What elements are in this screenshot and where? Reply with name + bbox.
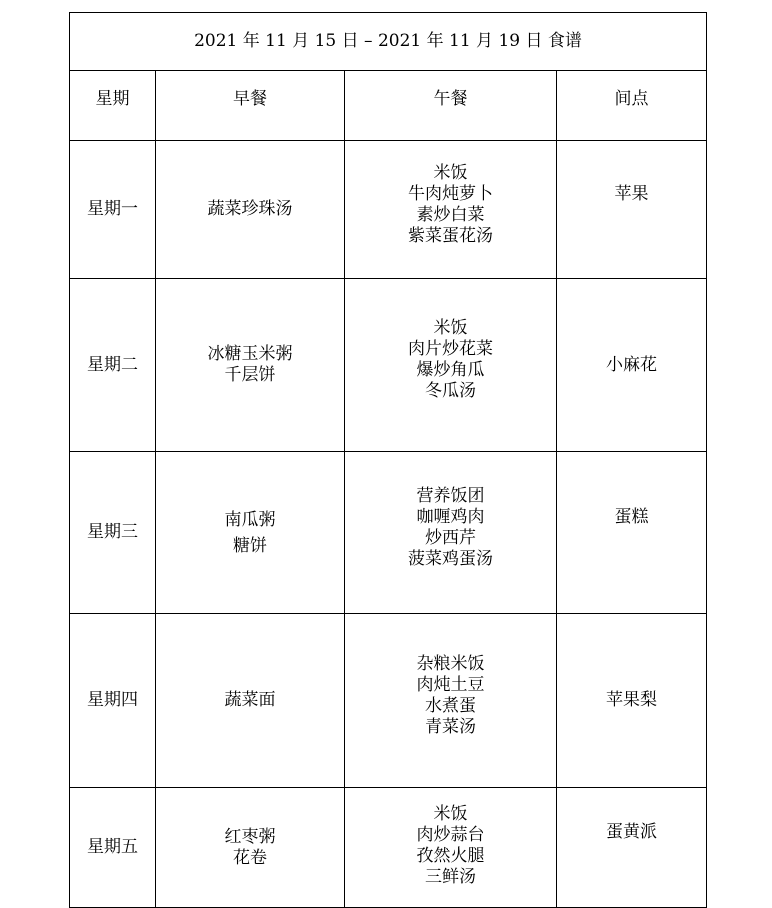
breakfast-item: 冰糖玉米粥 xyxy=(156,344,344,365)
breakfast-item: 花卷 xyxy=(156,848,344,869)
breakfast-cell: 蔬菜珍珠汤 xyxy=(156,141,345,279)
breakfast-item: 蔬菜珍珠汤 xyxy=(156,199,344,220)
lunch-cell: 米饭 牛肉炖萝卜 素炒白菜 紫菜蛋花汤 xyxy=(345,141,557,279)
lunch-item: 孜然火腿 xyxy=(345,846,556,867)
lunch-item: 咖喱鸡肉 xyxy=(345,507,556,528)
day-cell: 星期三 xyxy=(70,452,156,614)
table-row-thursday: 星期四 蔬菜面 杂粮米饭 肉炖土豆 水煮蛋 青菜汤 苹果梨 xyxy=(70,614,707,788)
breakfast-cell: 红枣粥 花卷 xyxy=(156,788,345,908)
table-title: 2021 年 11 月 15 日 – 2021 年 11 月 19 日 食谱 xyxy=(70,13,707,71)
day-cell: 星期五 xyxy=(70,788,156,908)
header-snack: 间点 xyxy=(557,71,707,141)
lunch-cell: 营养饭团 咖喱鸡肉 炒西芹 菠菜鸡蛋汤 xyxy=(345,452,557,614)
lunch-item: 素炒白菜 xyxy=(345,205,556,226)
lunch-item: 米饭 xyxy=(345,318,556,339)
lunch-item: 营养饭团 xyxy=(345,486,556,507)
table-row-tuesday: 星期二 冰糖玉米粥 千层饼 米饭 肉片炒花菜 爆炒角瓜 冬瓜汤 小麻花 xyxy=(70,279,707,452)
lunch-cell: 米饭 肉片炒花菜 爆炒角瓜 冬瓜汤 xyxy=(345,279,557,452)
snack-cell: 蛋糕 xyxy=(557,452,707,614)
lunch-item: 紫菜蛋花汤 xyxy=(345,226,556,247)
title-row: 2021 年 11 月 15 日 – 2021 年 11 月 19 日 食谱 xyxy=(70,13,707,71)
table-row-friday: 星期五 红枣粥 花卷 米饭 肉炒蒜台 孜然火腿 三鲜汤 蛋黄派 xyxy=(70,788,707,908)
breakfast-item: 蔬菜面 xyxy=(156,690,344,711)
lunch-item: 米饭 xyxy=(345,163,556,184)
header-lunch: 午餐 xyxy=(345,71,557,141)
lunch-item: 米饭 xyxy=(345,804,556,825)
lunch-item: 杂粮米饭 xyxy=(345,654,556,675)
header-day: 星期 xyxy=(70,71,156,141)
breakfast-cell: 蔬菜面 xyxy=(156,614,345,788)
breakfast-item: 红枣粥 xyxy=(156,827,344,848)
table-row-wednesday: 星期三 南瓜粥 糖饼 营养饭团 咖喱鸡肉 炒西芹 菠菜鸡蛋汤 蛋糕 xyxy=(70,452,707,614)
lunch-item: 菠菜鸡蛋汤 xyxy=(345,549,556,570)
lunch-item: 青菜汤 xyxy=(345,717,556,738)
menu-table: 2021 年 11 月 15 日 – 2021 年 11 月 19 日 食谱 星… xyxy=(69,12,707,908)
breakfast-item: 糖饼 xyxy=(156,533,344,559)
lunch-item: 牛肉炖萝卜 xyxy=(345,184,556,205)
lunch-item: 三鲜汤 xyxy=(345,867,556,888)
breakfast-item: 千层饼 xyxy=(156,365,344,386)
day-cell: 星期二 xyxy=(70,279,156,452)
table-row-monday: 星期一 蔬菜珍珠汤 米饭 牛肉炖萝卜 素炒白菜 紫菜蛋花汤 苹果 xyxy=(70,141,707,279)
header-row: 星期 早餐 午餐 间点 xyxy=(70,71,707,141)
snack-cell: 苹果梨 xyxy=(557,614,707,788)
lunch-item: 冬瓜汤 xyxy=(345,381,556,402)
day-cell: 星期一 xyxy=(70,141,156,279)
breakfast-cell: 南瓜粥 糖饼 xyxy=(156,452,345,614)
lunch-item: 肉片炒花菜 xyxy=(345,339,556,360)
lunch-cell: 杂粮米饭 肉炖土豆 水煮蛋 青菜汤 xyxy=(345,614,557,788)
lunch-item: 炒西芹 xyxy=(345,528,556,549)
lunch-item: 水煮蛋 xyxy=(345,696,556,717)
lunch-item: 爆炒角瓜 xyxy=(345,360,556,381)
lunch-cell: 米饭 肉炒蒜台 孜然火腿 三鲜汤 xyxy=(345,788,557,908)
header-breakfast: 早餐 xyxy=(156,71,345,141)
snack-cell: 苹果 xyxy=(557,141,707,279)
snack-cell: 蛋黄派 xyxy=(557,788,707,908)
lunch-item: 肉炖土豆 xyxy=(345,675,556,696)
lunch-item: 肉炒蒜台 xyxy=(345,825,556,846)
breakfast-cell: 冰糖玉米粥 千层饼 xyxy=(156,279,345,452)
day-cell: 星期四 xyxy=(70,614,156,788)
snack-cell: 小麻花 xyxy=(557,279,707,452)
breakfast-item: 南瓜粥 xyxy=(156,507,344,533)
